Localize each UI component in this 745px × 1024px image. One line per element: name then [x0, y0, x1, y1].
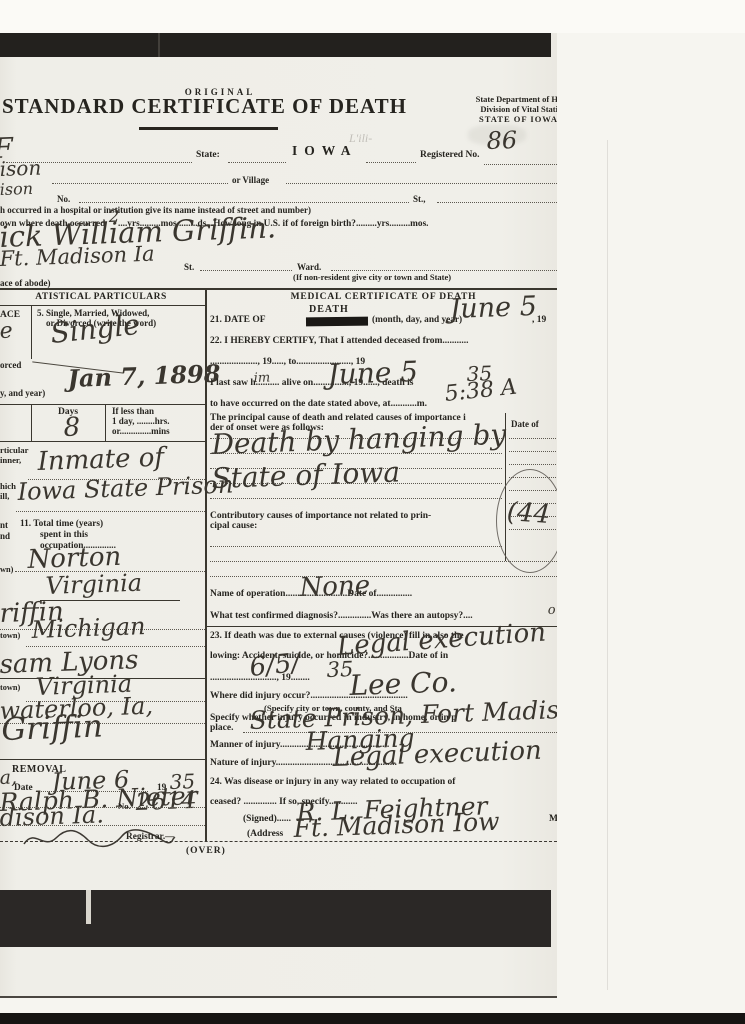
- death-correction-word: DEATH: [309, 304, 349, 315]
- over-label: (OVER): [186, 846, 226, 857]
- scan-top-margin: [0, 0, 745, 33]
- scanned-death-certificate: ORIGINAL STANDARD CERTIFICATE OF DEATH S…: [0, 0, 745, 1024]
- rule: [210, 546, 502, 547]
- marital-status-handwritten: Single: [49, 311, 141, 348]
- abode-handwritten: Ft. Madison Ia: [0, 244, 155, 270]
- date-of-birth-label-fragment: y, and year): [0, 388, 45, 398]
- item21-paren-label: (month, day, and year): [372, 315, 462, 325]
- cell-divider: [105, 404, 106, 441]
- date-of-birth-handwritten: Jan 7, 1898: [67, 362, 221, 391]
- date-of-onset-header: Date of: [511, 419, 539, 429]
- town-label-fragment2: town): [0, 631, 20, 640]
- age-days-handwritten: 8: [63, 414, 80, 441]
- industry-label-fragment2: ill,: [0, 492, 9, 502]
- license-no-handwritten: 2614: [135, 788, 197, 814]
- marital-handwriting-fragment: e: [0, 321, 13, 343]
- rule: [286, 183, 557, 184]
- paper-bottom-edge-line: [0, 996, 557, 998]
- house-no-label: No.: [57, 194, 70, 204]
- registered-no-value-handwritten: 86: [486, 128, 517, 153]
- form-bottom-border: [0, 841, 557, 842]
- rule: [484, 164, 557, 165]
- time-of-death-line: to have occurred on the date stated abov…: [210, 399, 427, 410]
- struck-out-word: [306, 317, 368, 327]
- town-label-fragment3: town): [0, 683, 20, 692]
- left-margin-fragment-nt: nt: [0, 520, 8, 530]
- rule: [0, 759, 205, 760]
- autopsy-answer-handwritten: o: [548, 604, 556, 617]
- ward-label: Ward.: [297, 262, 321, 272]
- rule: [509, 464, 556, 465]
- time-of-death-handwritten: 5:38 A: [444, 377, 518, 406]
- him-handwritten: im: [254, 371, 271, 385]
- rule: [437, 202, 557, 203]
- father-birthplace-handwritten: Michigan: [31, 614, 146, 642]
- occupation-handwritten: Inmate of: [37, 445, 164, 475]
- operation-handwritten: None: [299, 573, 370, 601]
- section-divider-rule: [0, 288, 557, 290]
- specify-whether-line2: place.: [210, 723, 233, 734]
- abode-st-label: St.: [184, 262, 194, 272]
- bottom-bar-white-tick: [86, 890, 91, 924]
- date-of-death-handwritten: June 5: [449, 293, 537, 323]
- nature-of-injury-handwritten: Legal execution: [332, 738, 542, 771]
- item21-year-printed: , 19: [532, 315, 546, 326]
- last-saw-date-handwritten: June 5: [327, 358, 419, 389]
- rule: [509, 438, 556, 439]
- rule: [200, 270, 292, 271]
- state-label: State:: [196, 150, 220, 161]
- physician-address-handwritten: Ft. Madison Iow: [293, 809, 500, 841]
- title-underline: [139, 127, 278, 130]
- if-less-than-line2: 1 day, ........hrs.: [112, 416, 170, 426]
- rule: [210, 498, 502, 499]
- injury-date-handwritten: 6/5/: [248, 650, 301, 681]
- signed-label: (Signed)......: [243, 814, 291, 825]
- address-label: (Address: [247, 829, 283, 840]
- street-handwriting-fragment: ison: [0, 181, 33, 198]
- bottom-black-bar: [0, 890, 551, 947]
- rule: [366, 162, 416, 163]
- item24-line1: 24. Was disease or injury in any way rel…: [210, 777, 455, 788]
- rule: [16, 511, 205, 512]
- street-suffix-label: St.,: [413, 194, 426, 204]
- left-section-title: ATISTICAL PARTICULARS: [0, 292, 202, 303]
- rule: [210, 576, 557, 577]
- item22-line1: 22. I HEREBY CERTIFY, That I attended de…: [210, 336, 469, 347]
- total-time-label-line1: 11. Total time (years): [20, 519, 103, 529]
- rule: [52, 183, 228, 184]
- left-margin-fragment-nd: nd: [0, 531, 10, 541]
- birthplace-town-handwritten: Norton: [27, 544, 122, 573]
- state-value: IOWA: [292, 143, 358, 158]
- nonresident-note: (If non-resident give city or town and S…: [293, 273, 451, 283]
- cause-of-death-handwritten-line2: State of Iowa: [211, 458, 400, 493]
- top-black-bar: [0, 33, 551, 57]
- birthplace-state-handwritten: Virginia: [45, 571, 142, 598]
- total-time-label-line2: spent in this: [40, 530, 88, 540]
- registered-no-label: Registered No.: [420, 150, 479, 161]
- divorced-label-fragment: orced: [0, 360, 21, 370]
- margin-number-handwritten: (44: [506, 499, 551, 528]
- cell-divider: [31, 305, 32, 359]
- scan-bottom-black-strip: [0, 1013, 745, 1024]
- city-handwriting-fragment: ison: [0, 158, 42, 179]
- contributory-line2: cipal cause:: [210, 521, 257, 532]
- rule: [331, 270, 557, 271]
- if-less-than-line1: If less than: [112, 406, 154, 416]
- certificate-title: STANDARD CERTIFICATE OF DEATH: [2, 95, 407, 119]
- industry-handwritten: Iowa State Prison: [17, 472, 234, 504]
- signed-md-fragment: M: [549, 814, 557, 825]
- town-label-fragment1: wn): [0, 565, 13, 574]
- occupation-label-fragment2: inner,: [0, 456, 21, 466]
- rule: [509, 451, 556, 452]
- informant-name-handwritten: Griffin: [1, 711, 103, 746]
- rule: [210, 561, 557, 562]
- or-village-label: or Village: [232, 175, 269, 185]
- rule: [79, 202, 409, 203]
- rule: [228, 162, 286, 163]
- certificate-paper: ORIGINAL STANDARD CERTIFICATE OF DEATH S…: [0, 33, 557, 998]
- place-of-abode-label: ace of abode): [0, 278, 51, 288]
- if-less-than-line3: or..............mins: [112, 426, 170, 436]
- rule: [0, 441, 205, 442]
- where-injury-handwritten: Lee Co.: [349, 668, 457, 700]
- autopsy-line: What test confirmed diagnosis?..........…: [210, 611, 473, 622]
- top-bar-seam: [158, 33, 160, 57]
- item21-label: 21. DATE OF: [210, 315, 266, 326]
- dept-line3: STATE OF IOWA: [408, 115, 557, 125]
- scan-fold-line: [607, 140, 608, 990]
